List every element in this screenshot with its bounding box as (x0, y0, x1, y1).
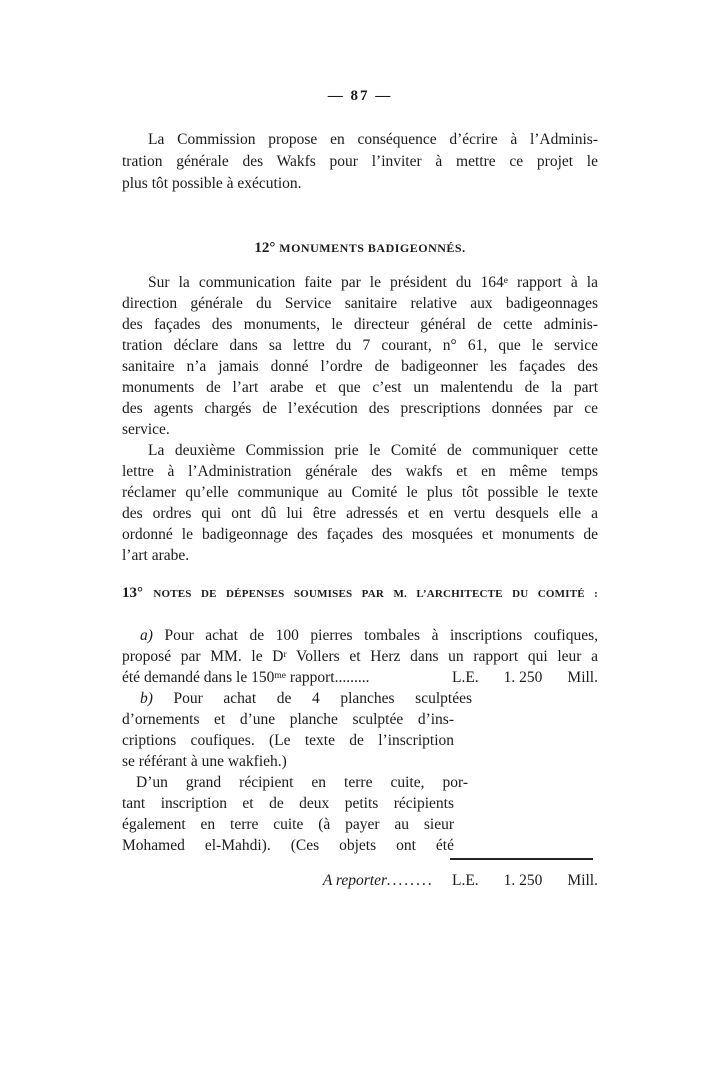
text-line: des ordres qui ont dû lui être adressés … (122, 503, 598, 524)
intro-paragraph: La Commission propose en conséquence d’é… (122, 129, 598, 195)
section-13-title: NOTES DE DÉPENSES SOUMISES PAR M. L’ARCH… (153, 588, 598, 600)
leader-dots: ........ (387, 872, 434, 889)
amount-currency: L.E. (452, 667, 479, 688)
recipient-paragraph-line: également en terre cuite (à payer au sie… (122, 814, 454, 835)
text-segment: proposé par MM. le D (122, 648, 283, 665)
text-line: direction générale du Service sanitaire … (122, 293, 598, 314)
amount-unit: Mill. (567, 667, 598, 688)
text-line: l’art arabe. (122, 545, 598, 566)
section-13-number: 13° (122, 585, 143, 601)
expense-item-a-line: a) Pour achat de 100 pierres tombales à … (122, 625, 598, 646)
expense-item-b-line: d’ornements et d’une planche sculptée d’… (122, 709, 454, 730)
text-segment: été demandé dans le 150 (122, 669, 274, 686)
section-12-body: Sur la communication faite par le présid… (122, 272, 598, 566)
carry-forward-row: A reporter........ L.E. 1. 250 Mill. (122, 870, 598, 891)
text-line: tration déclare dans sa lettre du 7 cour… (122, 335, 598, 356)
text-line: des agents chargés de l’exécution des pr… (122, 398, 598, 419)
section-12-title: MONUMENTS BADIGEONNÉS. (279, 241, 465, 255)
expense-item-a-line: proposé par MM. le Dr Vollers et Herz da… (122, 646, 598, 667)
amount-value: 1. 250 (504, 667, 543, 688)
amount-value: 1. 250 (504, 870, 543, 891)
expense-item-b-line: b) Pour achat de 4 planches sculptées (122, 688, 472, 709)
text-line: Sur la communication faite par le présid… (122, 272, 598, 293)
text-line: La Commission propose en conséquence d’é… (122, 129, 598, 151)
expense-item-a-amount-line: été demandé dans le 150me rapport.......… (122, 667, 598, 688)
section-12-heading: 12° MONUMENTS BADIGEONNÉS. (0, 238, 720, 258)
text-segment: A reporter (323, 872, 387, 889)
text-segment: Vollers et Herz dans un rapport qui leur… (287, 648, 598, 665)
text-line: tration générale des Wakfs pour l’invite… (122, 151, 598, 173)
text-line: des façades des monuments, le directeur … (122, 314, 598, 335)
section-13-body: a) Pour achat de 100 pierres tombales à … (122, 625, 598, 856)
text-line: service. (122, 419, 598, 440)
amount: L.E. 1. 250 Mill. (452, 870, 598, 891)
section-13-heading: 13° NOTES DE DÉPENSES SOUMISES PAR M. L’… (122, 583, 598, 604)
scanned-page: — 87 — La Commission propose en conséque… (0, 0, 720, 1075)
text-segment: Pour achat de 4 planches sculptées (153, 690, 472, 707)
amount-currency: L.E. (452, 870, 479, 891)
text-line: ordonné le badigeonnage des façades des … (122, 524, 598, 545)
text-line: lettre à l’Administration générale des w… (122, 461, 598, 482)
text-line: monuments de l’art arabe et que c’est un… (122, 377, 598, 398)
section-12-number: 12° (254, 240, 275, 256)
text-line: La deuxième Commission prie le Comité de… (122, 440, 598, 461)
item-marker: a) (140, 627, 153, 644)
text-line: plus tôt possible à exécution. (122, 173, 598, 195)
recipient-paragraph-line: Mohamed el-Mahdi). (Ces objets ont été (122, 835, 454, 856)
recipient-paragraph-line: tant inscription et de deux petits récip… (122, 793, 454, 814)
expense-item-b-line: se référant à une wakfieh.) (122, 751, 454, 772)
text-segment: rapport à la (508, 274, 598, 291)
text-segment: rapport......... (286, 669, 370, 686)
total-separator-rule (450, 858, 593, 860)
superscript: me (274, 671, 286, 681)
text-segment: Pour achat de 100 pierres tombales à ins… (153, 627, 598, 644)
page-number: — 87 — (0, 86, 720, 106)
text-line: sanitaire n’a jamais donné l’ordre de ba… (122, 356, 598, 377)
text-line: réclamer qu’elle communique au Comité le… (122, 482, 598, 503)
leader-text: été demandé dans le 150me rapport.......… (122, 667, 369, 688)
carry-forward-label: A reporter........ (122, 870, 452, 891)
amount-unit: Mill. (567, 870, 598, 891)
expense-item-b-line: criptions coufiques. (Le texte de l’insc… (122, 730, 454, 751)
text-segment: Sur la communication faite par le présid… (148, 274, 504, 291)
amount: L.E. 1. 250 Mill. (452, 667, 598, 688)
recipient-paragraph-line: D’un grand récipient en terre cuite, por… (122, 772, 468, 793)
item-marker: b) (140, 690, 153, 707)
